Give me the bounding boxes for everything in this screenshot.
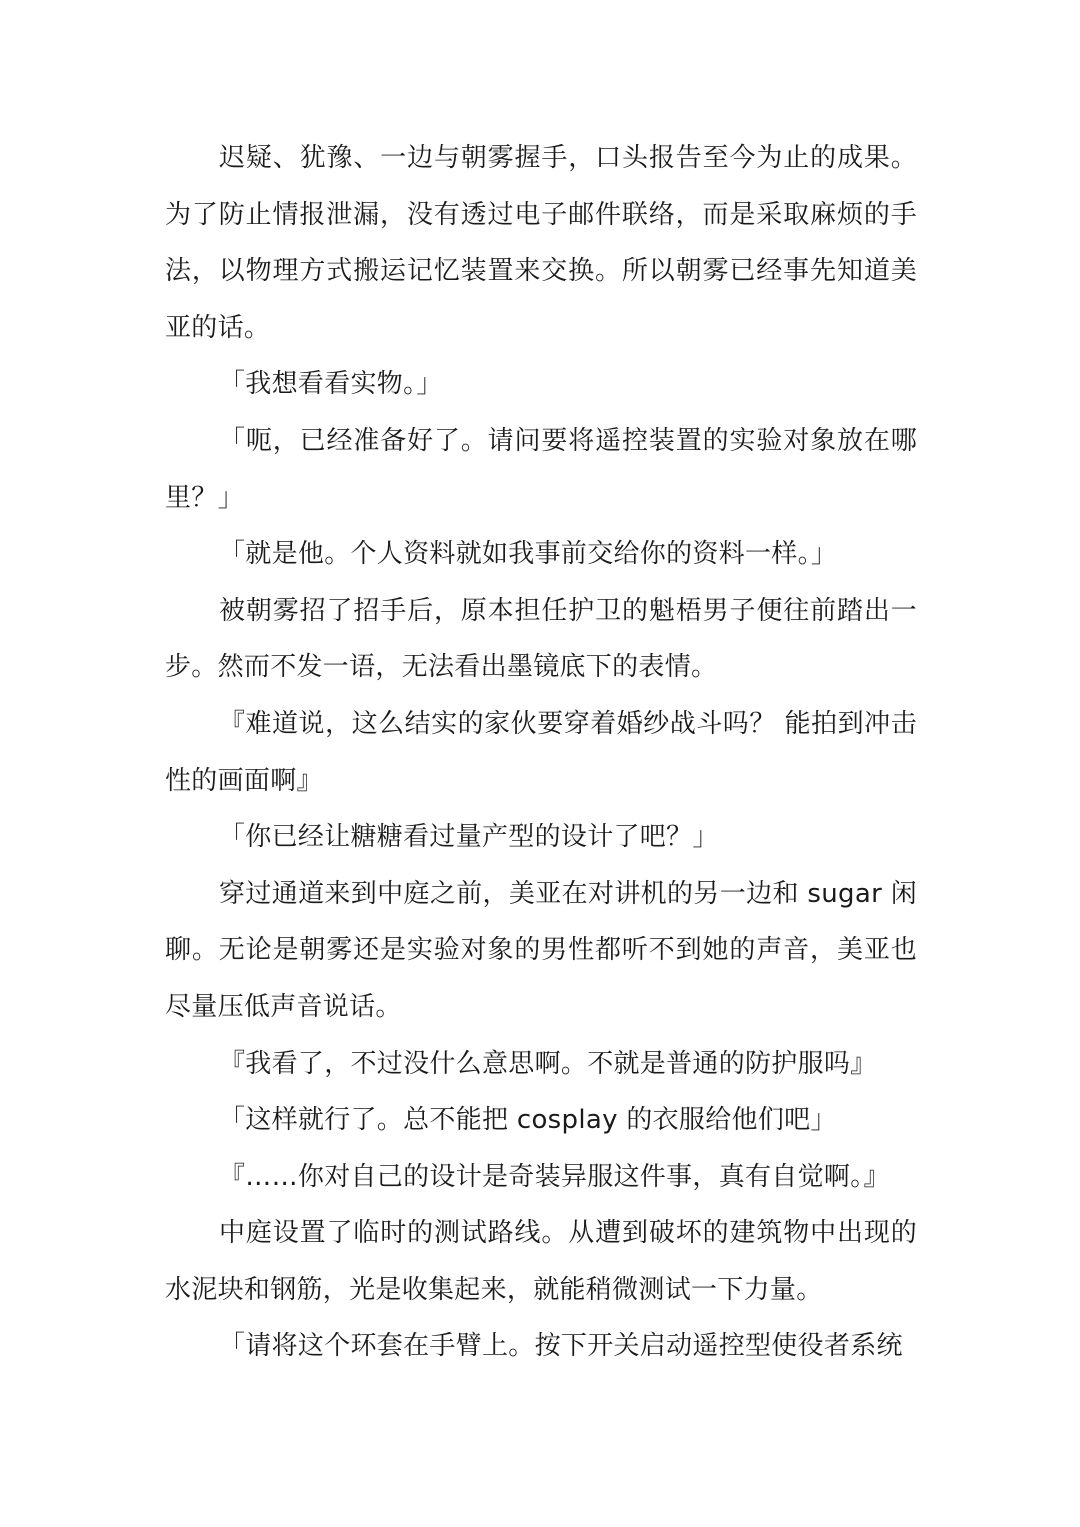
paragraph: 中庭设置了临时的测试路线。从遭到破坏的建筑物中出现的水泥块和钢筋，光是收集起来，… xyxy=(165,1205,917,1318)
paragraph: 『难道说，这么结实的家伙要穿着婚纱战斗吗？ 能拍到冲击性的画面啊』 xyxy=(165,696,917,809)
paragraph: 『……你对自己的设计是奇装异服这件事，真有自觉啊。』 xyxy=(165,1149,917,1206)
paragraph: 迟疑、犹豫、一边与朝雾握手，口头报告至今为止的成果。为了防止情报泄漏，没有透过电… xyxy=(165,130,917,356)
paragraph: 「我想看看实物。」 xyxy=(165,356,917,413)
paragraph: 『我看了，不过没什么意思啊。不就是普通的防护服吗』 xyxy=(165,1036,917,1093)
paragraph: 「呃，已经准备好了。请问要将遥控装置的实验对象放在哪里？」 xyxy=(165,413,917,526)
paragraph: 「这样就行了。总不能把 cosplay 的衣服给他们吧」 xyxy=(165,1092,917,1149)
paragraph: 被朝雾招了招手后，原本担任护卫的魁梧男子便往前踏出一步。然而不发一语，无法看出墨… xyxy=(165,583,917,696)
paragraph: 「请将这个环套在手臂上。按下开关启动遥控型使役者系统 xyxy=(165,1318,917,1375)
paragraph: 「你已经让糖糖看过量产型的设计了吧？」 xyxy=(165,809,917,866)
paragraph: 「就是他。个人资料就如我事前交给你的资料一样。」 xyxy=(165,526,917,583)
document-page: 迟疑、犹豫、一边与朝雾握手，口头报告至今为止的成果。为了防止情报泄漏，没有透过电… xyxy=(165,130,917,1375)
paragraph: 穿过通道来到中庭之前，美亚在对讲机的另一边和 sugar 闲聊。无论是朝雾还是实… xyxy=(165,866,917,1036)
